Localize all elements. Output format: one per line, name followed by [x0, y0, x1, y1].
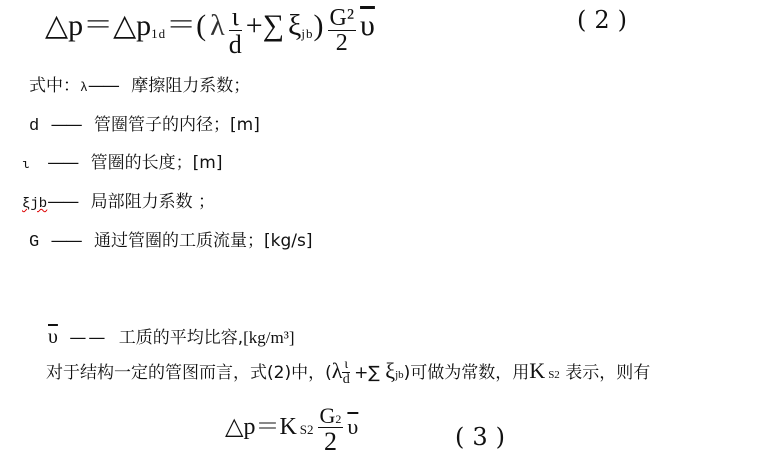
def-text: 管圈的长度；[m] — [91, 153, 223, 173]
equation-2-number: (2) — [577, 6, 635, 34]
def-dash: —— — [69, 328, 107, 348]
eq2-lambda: λ — [210, 9, 225, 42]
def-d: d —— 管圈管子的内径；[m] — [29, 110, 260, 136]
para-xi: ξ — [385, 358, 395, 383]
def-dash: —— — [47, 153, 77, 173]
def-l: ι —— 管圈的长度；[m] — [22, 148, 222, 173]
def-dash: —— — [51, 115, 81, 135]
def-symbol: d — [29, 117, 39, 136]
eq2-lhs: △p＝△p — [45, 9, 151, 42]
eq2-upsilon: υ — [360, 9, 375, 42]
eq3-frac-num: G2 — [318, 405, 344, 428]
def-intro: 式中： — [29, 76, 80, 96]
equation-2: △p＝△p1d＝( λ ι d +∑ ξjb) G² 2 υ — [45, 0, 375, 56]
def-upsilon: υ —— 工质的平均比容,[kg/m³] — [48, 323, 295, 349]
def-text: 通过管圈的工质流量；[kg/s] — [94, 231, 313, 251]
def-xi: ξjb—— 局部阻力系数 ； — [22, 187, 215, 212]
eq3-frac-num-g: G — [320, 403, 336, 428]
def-unit: [kg/m³] — [243, 328, 294, 347]
def-text: 工质的平均比容, — [119, 328, 243, 348]
eq2-xi-sub: jb — [301, 26, 313, 41]
eq2-equals-paren: ＝( — [166, 9, 206, 42]
equation-3-number: (3) — [455, 423, 513, 451]
eq3-upsilon: υ — [347, 414, 358, 439]
def-g: G —— 通过管圈的工质流量；[kg/s] — [29, 226, 313, 252]
eq3-frac-num-sub: 2 — [335, 412, 341, 426]
para-part2: )可做为常数，用 — [404, 363, 530, 383]
def-dash: —— — [47, 192, 77, 212]
def-text: 管圈管子的内径；[m] — [94, 115, 260, 135]
def-symbol: λ — [80, 80, 88, 95]
eq2-plus-sum: +∑ — [246, 9, 284, 42]
def-dash: —— — [51, 231, 81, 251]
def-text: 局部阻力系数 ； — [91, 192, 215, 212]
eq3-fraction: G2 2 — [318, 405, 344, 455]
para-frac-num: ι — [342, 358, 350, 373]
eq3-frac-den: 2 — [318, 428, 344, 455]
para-part1: 对于结构一定的管图而言，式(2)中，( — [46, 363, 332, 383]
para-part3: 表示，则有 — [560, 363, 650, 383]
para-lambda: λ — [332, 358, 343, 383]
para-fraction-l-over-d: ι d — [342, 358, 350, 388]
paragraph-constant: 对于结构一定的管图而言，式(2)中，(λ ι d +∑ ξjb)可做为常数，用K… — [46, 358, 650, 388]
eq2-fraction-l-over-d: ι d — [229, 4, 242, 58]
equation-3: △p＝KS2 G2 2 υ — [225, 405, 358, 455]
eq2-frac2-num: G² — [328, 6, 357, 31]
eq2-frac1-num: ι — [229, 4, 242, 31]
para-k: K — [529, 358, 545, 383]
para-plus-sum: +∑ — [354, 363, 380, 383]
def-lambda: 式中：λ—— 摩擦阻力系数； — [29, 71, 250, 96]
eq2-frac2-den: 2 — [328, 31, 357, 56]
para-xi-sub: jb — [395, 369, 404, 381]
eq2-lhs-sub: 1d — [151, 26, 166, 41]
def-dash: —— — [88, 76, 118, 96]
def-symbol: ξjb — [22, 196, 47, 212]
def-symbol: G — [29, 233, 39, 252]
eq2-close-paren: ) — [314, 9, 324, 42]
para-frac-den: d — [342, 373, 350, 388]
def-symbol: υ — [48, 326, 58, 348]
eq3-k-sub: S2 — [300, 422, 314, 437]
eq3-lhs: △p＝K — [225, 414, 297, 440]
eq2-frac1-den: d — [229, 31, 242, 58]
def-symbol: ι — [22, 157, 30, 172]
eq2-xi: ξ — [288, 9, 301, 42]
eq2-fraction-g-over-2: G² 2 — [328, 6, 357, 56]
para-k-sub: S2 — [548, 369, 560, 381]
def-text: 摩擦阻力系数； — [131, 76, 250, 96]
